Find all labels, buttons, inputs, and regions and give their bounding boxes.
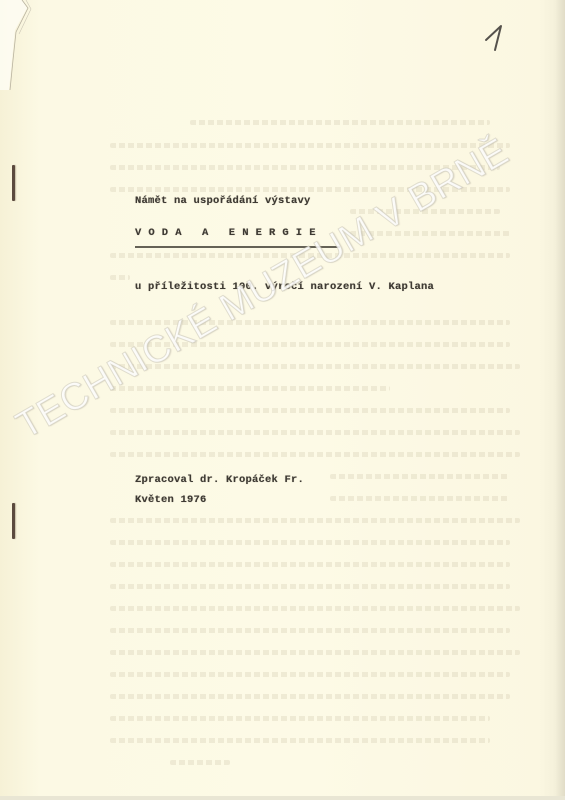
handwritten-page-number — [482, 22, 512, 54]
document-page: Námět na uspořádání výstavy VODA A ENERG… — [0, 0, 565, 800]
torn-corner — [0, 0, 40, 90]
exhibition-proposal-heading: Námět na uspořádání výstavy — [135, 195, 311, 207]
page-bottom-edge — [0, 796, 565, 800]
date-line: Květen 1976 — [135, 494, 207, 506]
staple-bottom — [12, 503, 15, 539]
document-title: VODA A ENERGIE — [135, 227, 323, 239]
occasion-line: u příležitosti 100. výročí narození V. K… — [135, 281, 434, 293]
page-edge-shadow — [555, 0, 565, 800]
bleed-through-text — [0, 0, 565, 800]
author-line: Zpracoval dr. Kropáček Fr. — [135, 474, 304, 486]
title-underline — [135, 246, 340, 248]
staple-top — [12, 165, 15, 201]
